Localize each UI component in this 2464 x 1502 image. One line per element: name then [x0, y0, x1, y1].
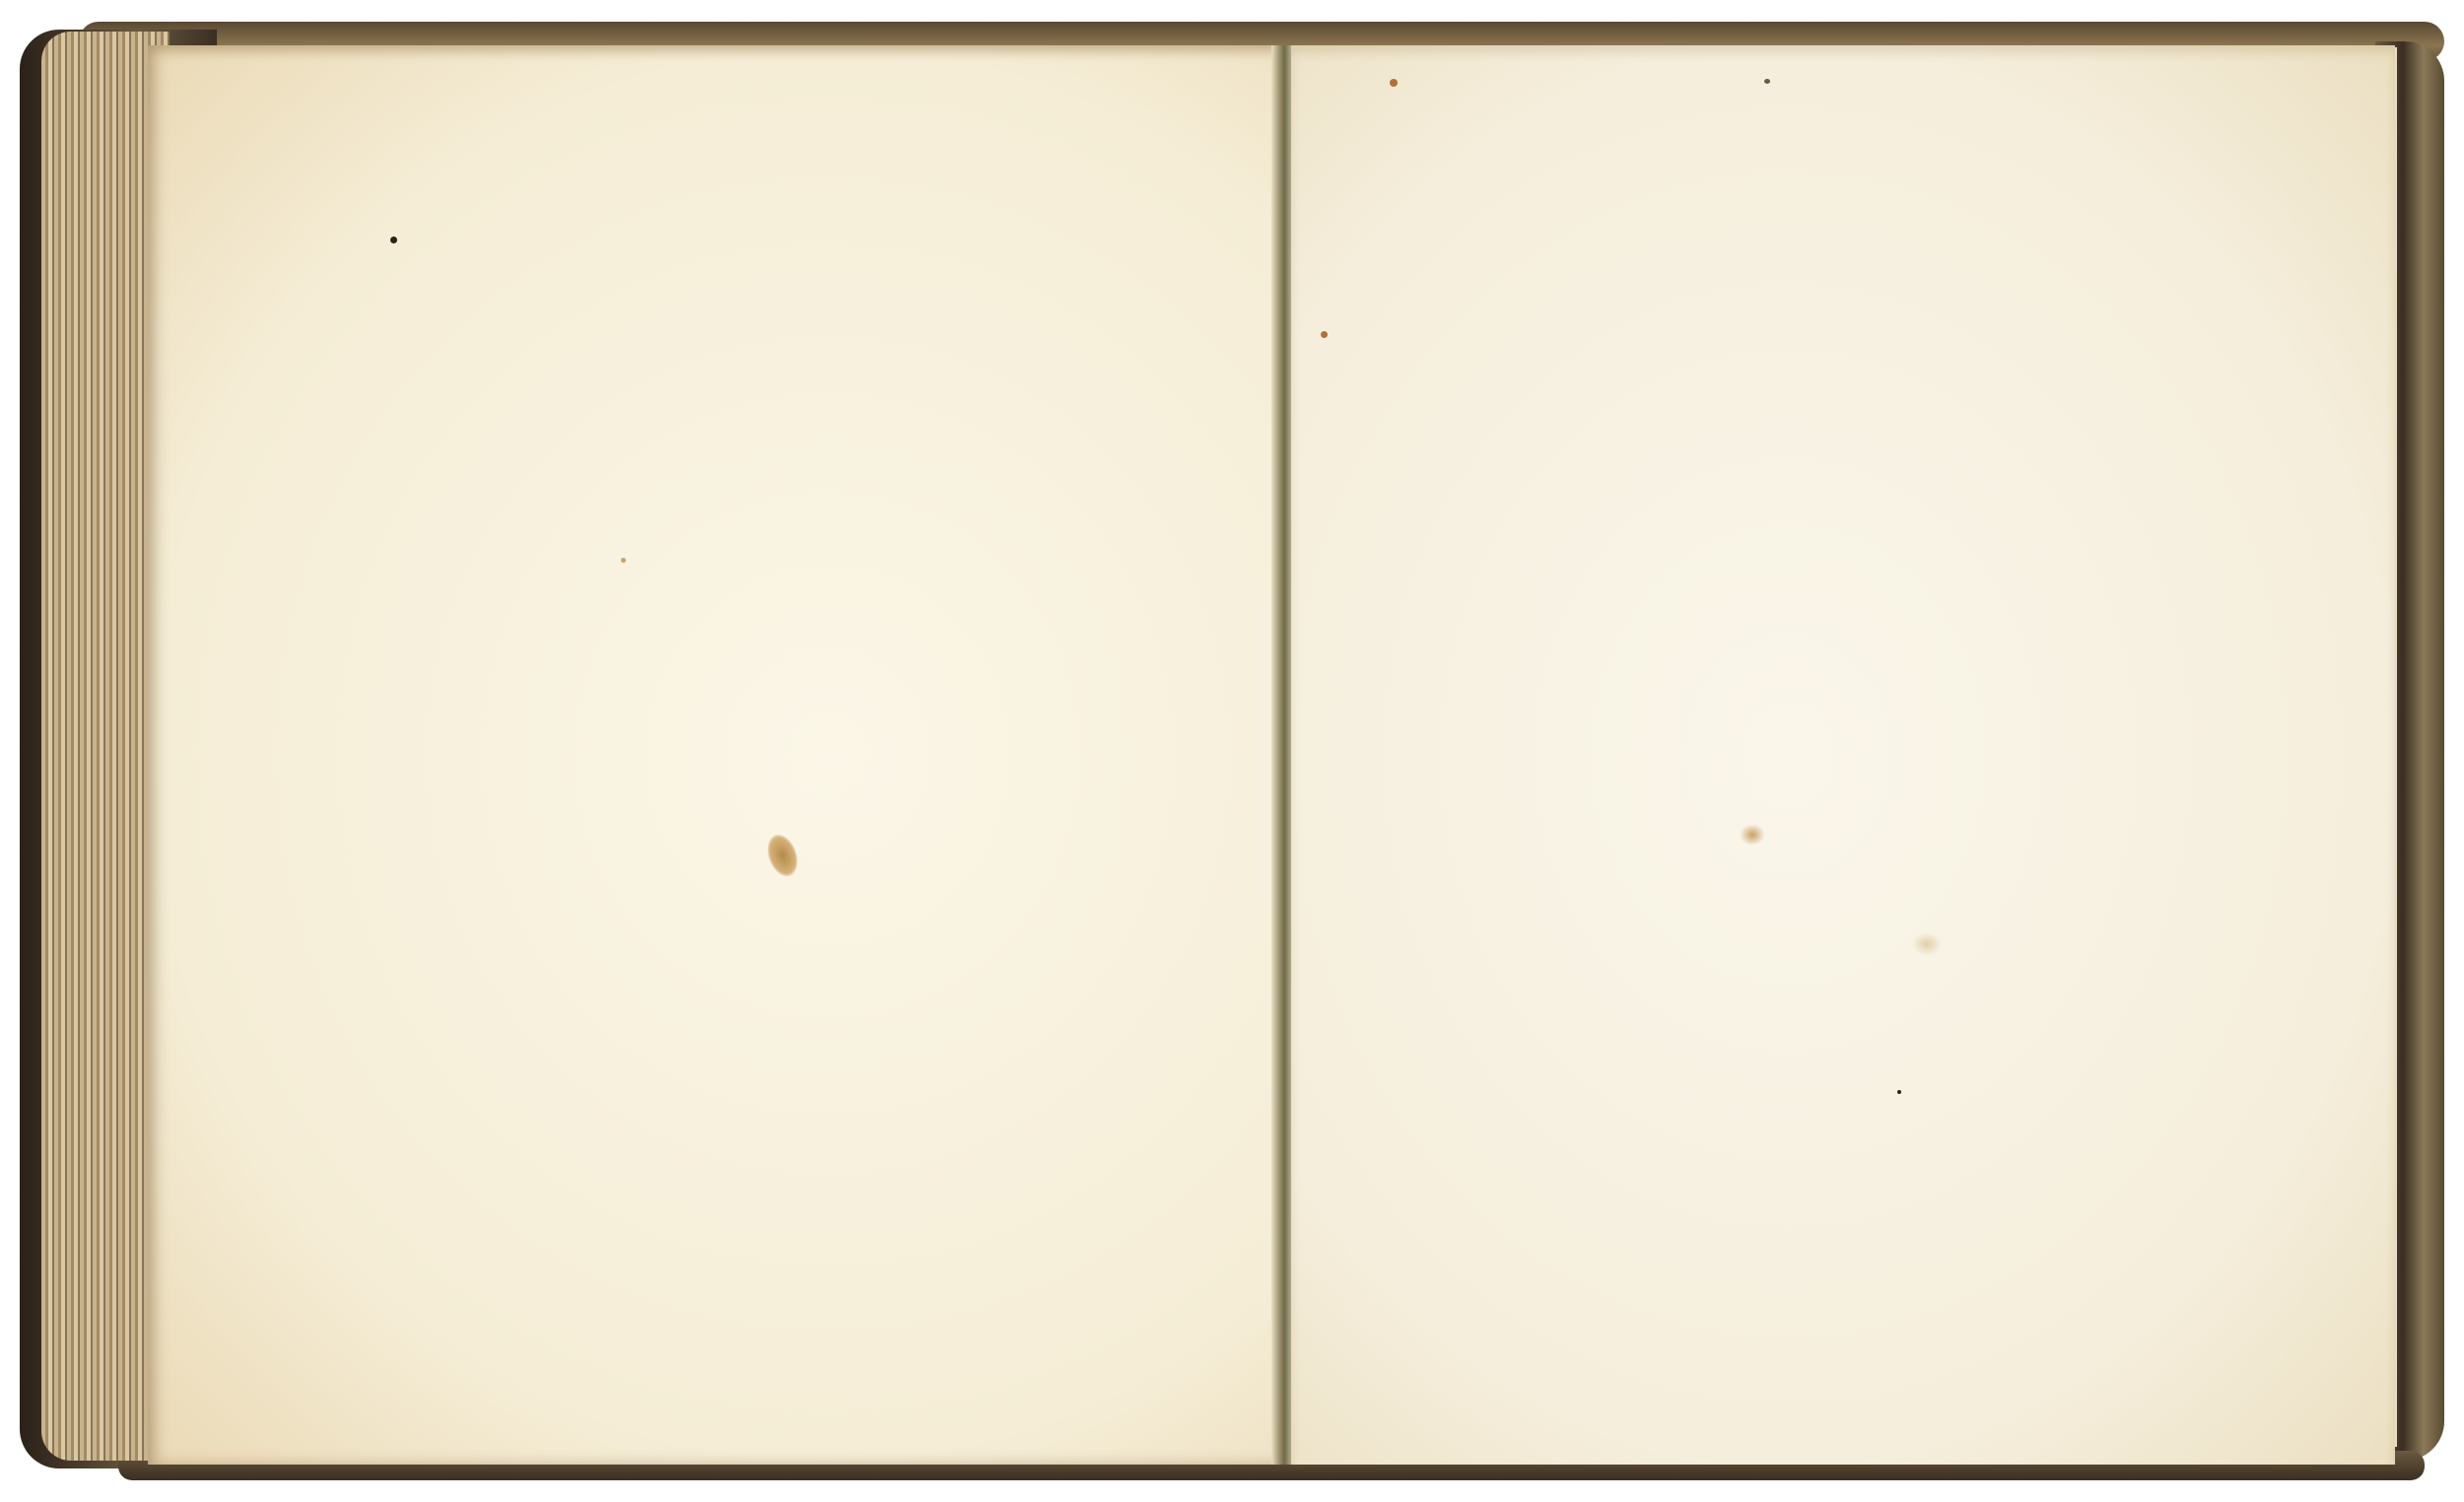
foxing-spot: [762, 831, 802, 881]
right-page: [1291, 45, 2395, 1465]
foxing-spot: [1740, 824, 1765, 846]
foxing-spot: [1897, 1090, 1901, 1094]
foxing-spot: [621, 558, 626, 563]
open-book: [20, 22, 2444, 1480]
foxing-spot: [1764, 79, 1770, 84]
foxing-spot: [390, 237, 397, 243]
left-page: [148, 45, 1281, 1465]
foxing-spot: [1912, 932, 1942, 956]
foxing-spot: [1321, 331, 1328, 338]
foxing-spot: [1390, 79, 1398, 87]
